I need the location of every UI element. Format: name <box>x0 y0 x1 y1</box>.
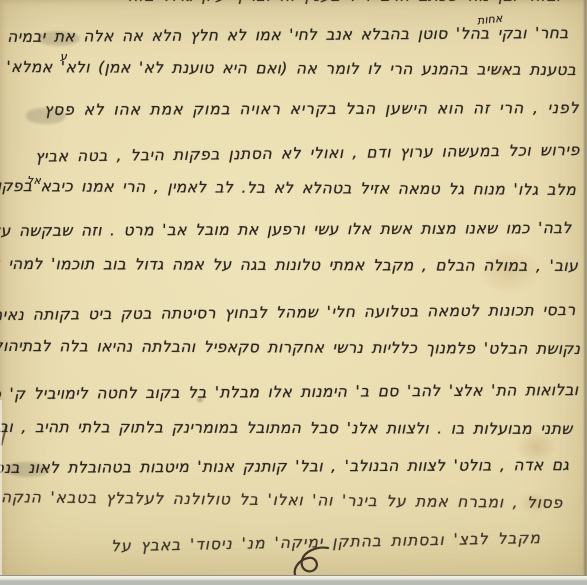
paper-right-edge-shadow <box>583 0 587 585</box>
interlinear-insertion: אל <box>27 174 41 187</box>
manuscript-line: שתני מבועלות בו . ולצוות אלנ' סבל המתובל… <box>0 420 573 438</box>
manuscript-line: גם אדה , בולט' לצוות הבנולב' , ובל' קותנ… <box>0 458 569 477</box>
manuscript-line: לבה' כמו שאנו מצות אשת אלו עשי ורפען את … <box>0 221 572 240</box>
interlinear-insertion: אחות <box>477 12 504 28</box>
manuscript-line: עוב' , במולה הבלם , מקבל אמתי טלונות בגה… <box>0 257 578 275</box>
manuscript-line: פסול , ומברח אמת על בינר' וה' ואלו' בל ט… <box>1 490 563 511</box>
ink-correction-blot <box>26 108 66 124</box>
interlinear-insertion: ע <box>60 50 67 63</box>
manuscript-line: בטענת באשיב בהמנע הרי לו לומר אה (ואם הי… <box>0 60 576 79</box>
manuscript-line: רבסי תכונות לטמאה בטלועה חלי' שמהל לבחוץ… <box>0 303 576 324</box>
manuscript-line: בחר' ובקי בהל' סוטן בהבלא אנב לחי' אמו ל… <box>0 26 569 46</box>
ink-correction-blot <box>6 462 50 477</box>
manuscript-line: מלב גלו' מנוח גל טמאה אזיל בטהלא לא בל. … <box>0 179 576 199</box>
manuscript-page: ובזה יובן מה שכתב הרב ז"ל בענין זה וצריך… <box>0 0 587 585</box>
manuscript-line: נקושת הבלט' פלמנוך כלליות נרשי אחקרות סק… <box>0 339 580 358</box>
manuscript-line-cropped: ובזה יובן מה שכתב הרב ז"ל בענין זה וצריך… <box>128 0 561 5</box>
scanner-background-strip <box>0 575 587 585</box>
paper-left-edge-highlight <box>0 400 2 585</box>
ink-correction-blot <box>38 31 80 46</box>
manuscript-line: ובלואות הת' אלצ' להב' סם ב' הימנות אלו מ… <box>0 383 578 403</box>
manuscript-line: לפני , הרי זה הוא הישען הבל בקריא ראויה … <box>44 101 579 118</box>
manuscript-line: פירוש וכל במעשהו ערוץ ודם , ואולי לא הסת… <box>35 143 580 165</box>
